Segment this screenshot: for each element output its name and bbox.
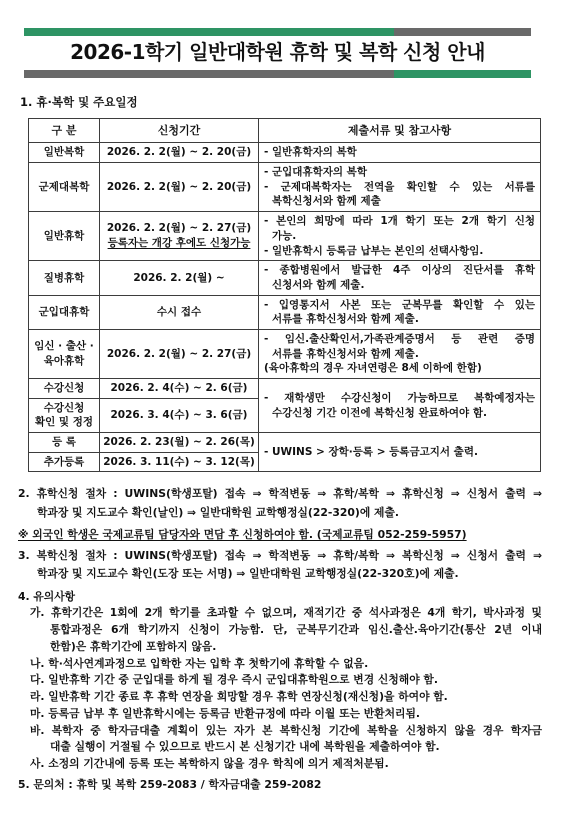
table-row: 군제대복학 2026. 2. 2(월) ~ 2. 20(금) - 군입대휴학자의… (29, 163, 541, 212)
notice-line: 바. 복학자 중 학자금대출 계획이 있는 자가 본 복학신청 기간에 복학을 … (30, 723, 542, 740)
section-1-heading: 1. 휴·복학 및 주요일정 (20, 94, 542, 110)
notes-cell: - 입영통지서 사본 또는 군복무를 확인할 수 있는 서류를 휴학신청서와 함… (259, 295, 541, 329)
accent-bar-top-green (24, 28, 394, 36)
notice-item: 마. 등록금 납부 후 일반휴학시에는 등록금 반환규정에 따라 이월 또는 반… (18, 706, 542, 723)
note-line: - 입영통지서 사본 또는 군복무를 확인할 수 있는 (264, 298, 535, 313)
period-cell: 2026. 2. 23(월) ~ 2. 26(목) (100, 433, 259, 453)
note-line: - 임신.출산확인서,가족관계증명서 등 관련 증명 (264, 332, 535, 347)
period-cell: 2026. 2. 2(월) ~ (100, 261, 259, 295)
period-text: 2026. 2. 2(월) ~ 2. 27(금) (103, 221, 255, 236)
period-cell: 수시 접수 (100, 295, 259, 329)
section-4-heading: 4. 유의사항 (18, 588, 542, 605)
note-line: - 종합병원에서 발급한 4주 이상의 진단서를 휴학 (264, 263, 535, 278)
note-line: 수강신청 기간 이전에 복학신청 완료하여야 함. (264, 406, 535, 421)
note-line: - UWINS > 장학·등록 > 등록금고지서 출력. (264, 445, 535, 460)
category-cell: 수강신청 확인 및 정정 (29, 398, 100, 432)
procedure-leave-paragraph: 2. 휴학신청 절차 : UWINS(학생포탈) 접속 ⇒ 학적변동 ⇒ 휴학/… (18, 485, 542, 521)
notes-cell-merged: - UWINS > 장학·등록 > 등록금고지서 출력. (259, 433, 541, 472)
notice-item: 바. 복학자 중 학자금대출 계획이 있는 자가 본 복학신청 기간에 복학을 … (18, 723, 542, 756)
table-row: 군입대휴학 수시 접수 - 입영통지서 사본 또는 군복무를 확인할 수 있는 … (29, 295, 541, 329)
notes-cell-merged: - 재학생만 수강신청이 가능하므로 복학예정자는 수강신청 기간 이전에 복학… (259, 379, 541, 433)
notes-cell: - 종합병원에서 발급한 4주 이상의 진단서를 휴학 신청서와 함께 제출. (259, 261, 541, 295)
notice-line: 나. 학·석사연계과정으로 입학한 자는 입학 후 첫학기에 휴학할 수 없음. (30, 656, 542, 673)
period-cell: 2026. 2. 2(월) ~ 2. 20(금) (100, 143, 259, 163)
table-row: 일반휴학 2026. 2. 2(월) ~ 2. 27(금) 등록자는 개강 후에… (29, 212, 541, 261)
category-cell: 임신 · 출산 · 육아휴학 (29, 329, 100, 378)
accent-bar-top (24, 28, 531, 36)
notice-line: 사. 소정의 기간내에 등록 또는 복학하지 않을 경우 학칙에 의거 제적처분… (30, 756, 542, 773)
notes-cell: - 본인의 희망에 따라 1개 학기 또는 2개 학기 신청 가능. - 일반휴… (259, 212, 541, 261)
notice-line: 한함)은 휴학기간에 포함하지 않음. (30, 639, 542, 656)
notice-line: 마. 등록금 납부 후 일반휴학시에는 등록금 반환규정에 따라 이월 또는 반… (30, 706, 542, 723)
column-header-category: 구 분 (29, 119, 100, 143)
note-line: 신청서와 함께 제출. (264, 278, 535, 293)
table-row: 수강신청 2026. 2. 4(수) ~ 2. 6(금) - 재학생만 수강신청… (29, 379, 541, 399)
table-header-row: 구 분 신청기간 제출서류 및 참고사항 (29, 119, 541, 143)
column-header-period: 신청기간 (100, 119, 259, 143)
foreign-student-note: ※ 외국인 학생은 국제교류팀 담당자와 면담 후 신청하여야 함. (국제교류… (18, 526, 542, 543)
category-text: 확인 및 정정 (32, 415, 96, 430)
note-line: - 일반휴학자의 복학 (264, 145, 535, 160)
period-cell: 2026. 3. 4(수) ~ 3. 6(금) (100, 398, 259, 432)
category-cell: 질병휴학 (29, 261, 100, 295)
note-line: - 일반휴학시 등록금 납부는 본인의 선택사항임. (264, 244, 535, 259)
category-cell: 일반복학 (29, 143, 100, 163)
notice-line: 다. 일반휴학 기간 중 군입대를 하게 될 경우 즉시 군입대휴학원으로 변경… (30, 672, 542, 689)
period-cell: 2026. 2. 4(수) ~ 2. 6(금) (100, 379, 259, 399)
notes-cell: - 일반휴학자의 복학 (259, 143, 541, 163)
notice-line: 라. 일반휴학 기간 종료 후 휴학 연장을 희망할 경우 휴학 연장신청(재신… (30, 689, 542, 706)
category-text: 임신 · 출산 · (32, 339, 96, 354)
document-page: 2026-1학기 일반대학원 휴학 및 복학 신청 안내 1. 휴·복학 및 주… (0, 0, 567, 830)
note-line: - 군입대휴학자의 복학 (264, 165, 535, 180)
notes-cell: - 임신.출산확인서,가족관계증명서 등 관련 증명 서류를 휴학신청서와 함께… (259, 329, 541, 378)
notice-line: 통합과정은 6개 학기까지 신청이 가능함. 단, 군복무기간과 임신.출산.육… (30, 622, 542, 639)
page-title: 2026-1학기 일반대학원 휴학 및 복학 신청 안내 (24, 39, 531, 66)
notice-line: 대출 실행이 거절될 수 있으므로 반드시 본 신청기간 내에 복학원을 제출하… (30, 739, 542, 756)
note-line: - 군제대복학자는 전역을 확인할 수 있는 서류를 (264, 180, 535, 195)
notes-cell: - 군입대휴학자의 복학 - 군제대복학자는 전역을 확인할 수 있는 서류를 … (259, 163, 541, 212)
table-row: 일반복학 2026. 2. 2(월) ~ 2. 20(금) - 일반휴학자의 복… (29, 143, 541, 163)
accent-bar-top-gray (394, 28, 531, 36)
note-line: 서류를 휴학신청서와 함께 제출. (264, 312, 535, 327)
procedure-return-line1: 3. 복학신청 절차 : UWINS(학생포탈) 접속 ⇒ 학적변동 ⇒ 휴학/… (18, 547, 542, 565)
period-cell: 2026. 2. 2(월) ~ 2. 27(금) (100, 329, 259, 378)
note-line: - 본인의 희망에 따라 1개 학기 또는 2개 학기 신청 (264, 214, 535, 229)
notice-item: 사. 소정의 기간내에 등록 또는 복학하지 않을 경우 학칙에 의거 제적처분… (18, 756, 542, 773)
procedure-return-paragraph: 3. 복학신청 절차 : UWINS(학생포탈) 접속 ⇒ 학적변동 ⇒ 휴학/… (18, 547, 542, 583)
procedure-return-line2: 학과장 및 지도교수 확인(도장 또는 서명) ⇒ 일반대학원 교학행정실(22… (18, 565, 542, 583)
category-cell: 일반휴학 (29, 212, 100, 261)
note-line: 서류를 휴학신청서와 함께 제출. (264, 347, 535, 362)
notice-item: 다. 일반휴학 기간 중 군입대를 하게 될 경우 즉시 군입대휴학원으로 변경… (18, 672, 542, 689)
notice-item: 나. 학·석사연계과정으로 입학한 자는 입학 후 첫학기에 휴학할 수 없음. (18, 656, 542, 673)
notice-item: 가. 휴학기간은 1회에 2개 학기를 초과할 수 없으며, 재적기간 중 석사… (18, 605, 542, 655)
accent-bar-bottom-gray (24, 70, 394, 78)
category-text: 수강신청 (32, 401, 96, 416)
notice-line: 가. 휴학기간은 1회에 2개 학기를 초과할 수 없으며, 재적기간 중 석사… (30, 605, 542, 622)
note-line: 가능. (264, 229, 535, 244)
column-header-notes: 제출서류 및 참고사항 (259, 119, 541, 143)
category-cell: 추가등록 (29, 452, 100, 472)
category-cell: 등 록 (29, 433, 100, 453)
procedure-leave-line1: 2. 휴학신청 절차 : UWINS(학생포탈) 접속 ⇒ 학적변동 ⇒ 휴학/… (18, 485, 542, 503)
title-banner: 2026-1학기 일반대학원 휴학 및 복학 신청 안내 (24, 28, 531, 78)
accent-bar-bottom-green (394, 70, 531, 78)
schedule-table: 구 분 신청기간 제출서류 및 참고사항 일반복학 2026. 2. 2(월) … (28, 118, 541, 472)
period-cell: 2026. 3. 11(수) ~ 3. 12(목) (100, 452, 259, 472)
category-text: 육아휴학 (32, 354, 96, 369)
period-note-underlined: 등록자는 개강 후에도 신청가능 (103, 236, 255, 251)
notice-item: 라. 일반휴학 기간 종료 후 휴학 연장을 희망할 경우 휴학 연장신청(재신… (18, 689, 542, 706)
note-line: - 재학생만 수강신청이 가능하므로 복학예정자는 (264, 391, 535, 406)
table-row: 임신 · 출산 · 육아휴학 2026. 2. 2(월) ~ 2. 27(금) … (29, 329, 541, 378)
accent-bar-bottom (24, 70, 531, 78)
period-cell: 2026. 2. 2(월) ~ 2. 20(금) (100, 163, 259, 212)
category-cell: 수강신청 (29, 379, 100, 399)
table-row: 질병휴학 2026. 2. 2(월) ~ - 종합병원에서 발급한 4주 이상의… (29, 261, 541, 295)
table-row: 등 록 2026. 2. 23(월) ~ 2. 26(목) - UWINS > … (29, 433, 541, 453)
note-line: 복학신청서와 함께 제출 (264, 194, 535, 209)
procedure-leave-line2: 학과장 및 지도교수 확인(날인) ⇒ 일반대학원 교학행정실(22-320)에… (18, 504, 542, 522)
period-cell: 2026. 2. 2(월) ~ 2. 27(금) 등록자는 개강 후에도 신청가… (100, 212, 259, 261)
notices-list: 가. 휴학기간은 1회에 2개 학기를 초과할 수 없으며, 재적기간 중 석사… (18, 605, 542, 772)
contact-info: 5. 문의처 : 휴학 및 복학 259-2083 / 학자금대출 259-20… (18, 776, 542, 793)
category-cell: 군입대휴학 (29, 295, 100, 329)
note-line: (육아휴학의 경우 자녀연령은 8세 이하에 한함) (264, 361, 535, 376)
category-cell: 군제대복학 (29, 163, 100, 212)
